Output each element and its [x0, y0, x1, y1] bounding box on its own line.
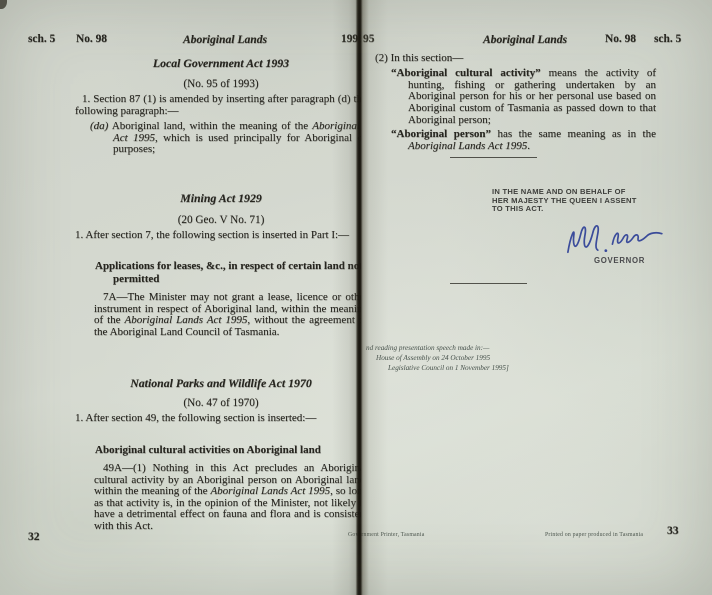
- separator-rule-top: [450, 157, 537, 158]
- act2-number: (20 Geo. V No. 71): [75, 214, 361, 226]
- act2-heading: Mining Act 1929: [75, 191, 361, 206]
- left-page-number: 32: [28, 530, 40, 543]
- act3-heading: National Parks and Wildlife Act 1970: [75, 376, 361, 391]
- left-header-year: 1995: [341, 33, 361, 45]
- printer-imprint: Government Printer, Tasmania: [348, 532, 425, 538]
- note-line-2: House of Assembly on 24 October 1995: [376, 353, 509, 363]
- act3-section-subheading: Aboriginal cultural activities on Aborig…: [95, 444, 361, 457]
- right-header-schedule: sch. 5: [654, 33, 681, 45]
- note-line-3: Legislative Council on 1 November 1995]: [388, 363, 509, 373]
- left-page: sch. 5 No. 98 Aboriginal Lands 1995 Loca…: [0, 0, 361, 595]
- separator-rule-bottom: [450, 283, 527, 284]
- left-header-schedule: sch. 5: [28, 33, 55, 45]
- definition-aboriginal-cultural-activity: “Aboriginal cultural activity” means the…: [391, 68, 656, 127]
- act2-amendment-paragraph: 1. After section 7, the following sectio…: [75, 230, 361, 242]
- governor-signature: [559, 214, 670, 261]
- act1-amendment-paragraph: 1. Section 87 (1) is amended by insertin…: [75, 94, 361, 117]
- subsection-2-intro: (2) In this section—: [375, 53, 655, 65]
- act2-section-subheading: Applications for leases, &c., in respect…: [95, 260, 361, 286]
- second-reading-note: nd reading presentation speech made in:—…: [364, 343, 509, 373]
- right-page: 95 Aboriginal Lands No. 98 sch. 5 (2) In…: [362, 0, 712, 595]
- act3-section-49a-text: 49A—(1) Nothing in this Act precludes an…: [94, 463, 361, 532]
- right-header-act-number: No. 98: [605, 33, 636, 45]
- definition-aboriginal-person: “Aboriginal person” has the same meaning…: [391, 129, 656, 152]
- right-page-number: 33: [667, 524, 679, 537]
- assent-line-3: TO THIS ACT.: [492, 205, 637, 214]
- act2-section-7a-text: 7A—The Minister may not grant a lease, l…: [94, 292, 361, 338]
- act1-heading: Local Government Act 1993: [75, 56, 361, 71]
- governor-label: GOVERNOR: [594, 256, 645, 265]
- paper-imprint: Printed on paper produced in Tasmania: [545, 532, 643, 538]
- act1-number: (No. 95 of 1993): [75, 78, 361, 90]
- act1-inserted-item-da: (da) Aboriginal land, within the meaning…: [90, 121, 361, 156]
- royal-assent-statement: IN THE NAME AND ON BEHALF OF HER MAJESTY…: [492, 188, 637, 214]
- left-header-running-title: Aboriginal Lands: [90, 33, 360, 46]
- act3-number: (No. 47 of 1970): [75, 397, 361, 409]
- note-line-1: nd reading presentation speech made in:—: [366, 343, 509, 353]
- act3-amendment-paragraph: 1. After section 49, the following secti…: [75, 413, 361, 425]
- right-header-year-fragment: 95: [363, 33, 374, 45]
- book-photo: { "colors": { "paper": "#d5d9d0", "ink":…: [0, 0, 712, 595]
